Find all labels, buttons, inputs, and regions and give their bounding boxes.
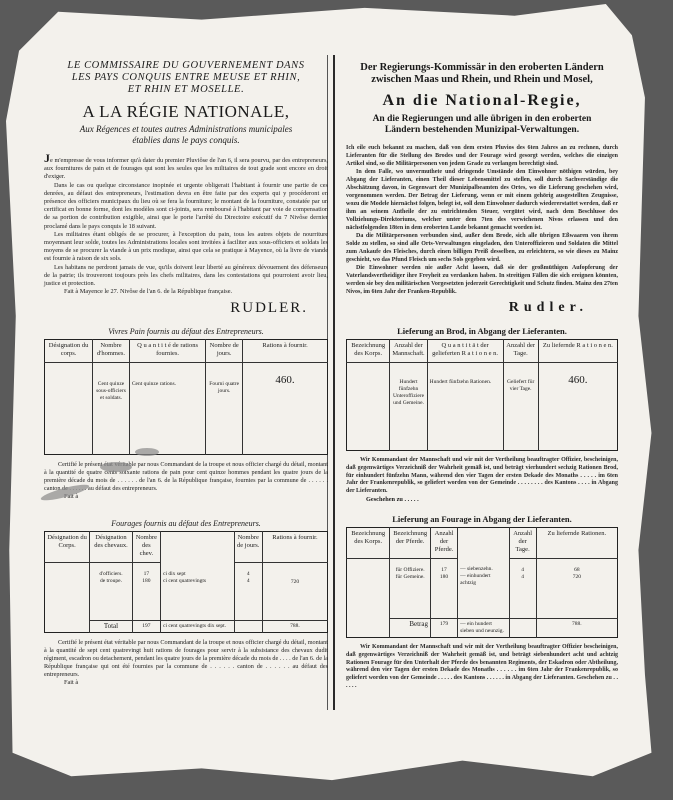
table-cell: 720 — [262, 563, 327, 621]
table-cell: 460. — [243, 363, 328, 455]
german-header: Der Regierungs-Kommissär in den eroberte… — [346, 62, 618, 86]
subtitle-line: Aux Régences et toutes autres Administra… — [44, 124, 328, 135]
table-header: Anzahl der Pferde. — [431, 527, 458, 558]
table-cell — [45, 363, 93, 455]
table-cell: 17 180 — [431, 558, 458, 618]
total-label: Total — [90, 621, 132, 633]
german-paragraph: Ich eile euch bekannt zu machen, daß von… — [346, 144, 618, 168]
table-header: Q u a n t i t ä t der gelieferten R a t … — [427, 340, 503, 363]
french-dateline: Fait à Mayence le 27. Nivôse de l'an 6. … — [44, 288, 328, 296]
table-header: Bezeichnung der Pferde. — [390, 527, 431, 558]
ink-stain — [100, 462, 132, 472]
table-header: Nombre de jours. — [234, 532, 262, 563]
subtitle-line: établies dans le pays conquis. — [44, 135, 328, 146]
table-header: Anzahl der Tage. — [503, 340, 538, 363]
forage-table: Désignation du Corps. Désignation des ch… — [44, 531, 328, 633]
table-header: Nombre des chev. — [132, 532, 160, 563]
bread-fait: Fait à — [44, 493, 328, 501]
table-total-row: Betrag 179 — ein hundert sieben und neun… — [347, 618, 618, 637]
table-header: Désignation du Corps. — [45, 532, 90, 563]
header-line: et Rhin et Moselle. — [44, 84, 328, 96]
german-column: Der Regierungs-Kommissär in den eroberte… — [346, 62, 618, 691]
header-line: zwischen Maas und Rhein, und Rhein und M… — [346, 74, 618, 86]
french-column: Le Commissaire du Gouvernement dans les … — [44, 60, 328, 687]
table-cell: Geliefert für vier Tage. — [503, 363, 538, 451]
table-row: Cent quinze sous-officiers et soldats. C… — [45, 363, 328, 455]
table-cell: 4 4 — [234, 563, 262, 621]
table-header: Désignation du corps. — [45, 340, 93, 363]
table-header: Nombre d'hommes. — [93, 340, 130, 363]
table-header: Rations à fournir. — [262, 532, 327, 563]
ink-stain — [135, 448, 159, 456]
bread-table-caption-de: Lieferung an Brod, in Abgang der Liefera… — [346, 326, 618, 336]
table-cell: 4 4 — [509, 558, 536, 618]
bread-fait-de: Geschehen zu . . . . . — [346, 496, 618, 504]
table-row: Hundert fünfzehn Unteroffiziere und Geme… — [347, 363, 618, 451]
french-header: Le Commissaire du Gouvernement dans les … — [44, 60, 328, 96]
table-cell: Cent quinze sous-officiers et soldats. — [93, 363, 130, 455]
french-paragraph: Les habitans ne perdront jamais de vue, … — [44, 264, 328, 289]
forage-table-de: Bezeichnung des Korps. Bezeichnung der P… — [346, 527, 618, 638]
table-cell: ci dix sept ci cent quatrevingts — [161, 563, 235, 621]
table-header: Nombre de jours. — [206, 340, 243, 363]
table-cell: 460. — [538, 363, 617, 451]
table-header: Bezeichnung des Korps. — [347, 527, 390, 558]
table-header: Zu liefernde Rationen. — [536, 527, 617, 558]
table-row: für Offiziere. für Gemeine. 17 180 — sie… — [347, 558, 618, 618]
table-header: Désignation des chevaux. — [90, 532, 132, 563]
total-rations: 788. — [536, 618, 617, 637]
table-cell: d'officiers. de troupe. — [90, 563, 132, 621]
french-title: A LA RÉGIE NATIONALE, — [44, 102, 328, 122]
total-count: 197 — [132, 621, 160, 633]
table-header: Q u a n t i t é de rations fournies. — [129, 340, 205, 363]
table-cell — [347, 558, 390, 618]
table-header — [458, 527, 509, 558]
forage-certificate: Certifié le présent état véritable par n… — [44, 639, 328, 679]
german-title: An die National-Regie, — [346, 92, 618, 110]
german-signature: Rudler. — [346, 300, 588, 316]
table-header — [161, 532, 235, 563]
table-header: Rations à fournir. — [243, 340, 328, 363]
table-cell — [45, 621, 90, 633]
table-cell: Cent quinze rations. — [129, 363, 205, 455]
total-rations: 788. — [262, 621, 327, 633]
column-divider — [333, 55, 335, 710]
table-cell: 68 720 — [536, 558, 617, 618]
forage-certificate-de: Wir Kommandant der Mannschaft und wir mi… — [346, 644, 618, 691]
german-paragraph: Die Einwohner werden nie außer Acht lass… — [346, 264, 618, 296]
table-cell: — siebenzehn. — einhundert achtzig — [458, 558, 509, 618]
table-header: Anzahl der Tage. — [509, 527, 536, 558]
subtitle-line: Ländern bestehenden Munizipal-Verwaltung… — [346, 125, 618, 136]
table-cell: Hundert fünfzehn Unteroffiziere und Geme… — [390, 363, 427, 451]
header-line: les pays conquis entre Meuse et Rhin, — [44, 72, 328, 84]
bread-table-caption: Vivres Pain fournis au défaut des Entrep… — [44, 327, 328, 336]
total-count: 179 — [431, 618, 458, 637]
table-cell — [234, 621, 262, 633]
table-cell: 17 180 — [132, 563, 160, 621]
table-cell — [347, 363, 390, 451]
table-cell — [347, 618, 390, 637]
french-signature: RUDLER. — [44, 300, 308, 317]
french-paragraph: Les militaires étant obligés de se procu… — [44, 231, 328, 264]
german-paragraph: Da die Militärpersonen verbunden sind, a… — [346, 232, 618, 264]
forage-fait: Fait à — [44, 679, 328, 687]
total-words: — ein hundert sieben und neunzig. — [458, 618, 509, 637]
table-header: Zu liefernde R a t i o n e n. — [538, 340, 617, 363]
forage-table-caption-de: Lieferung an Fourage in Abgang der Liefe… — [346, 514, 618, 524]
german-subtitle: An die Regierungen und alle übrigen in d… — [346, 114, 618, 136]
bread-table-de: Bezeichnung des Korps. Anzahl der Mannsc… — [346, 339, 618, 451]
french-subtitle: Aux Régences et toutes autres Administra… — [44, 124, 328, 146]
bread-table: Désignation du corps. Nombre d'hommes. Q… — [44, 339, 328, 455]
total-label: Betrag — [390, 618, 431, 637]
header-line: Der Regierungs-Kommissär in den eroberte… — [346, 62, 618, 74]
subtitle-line: An die Regierungen und alle übrigen in d… — [346, 114, 618, 125]
forage-table-caption: Fourages fournis au défaut des Entrepren… — [44, 519, 328, 528]
french-paragraph: Je m'empresse de vous informer qu'à date… — [44, 154, 328, 182]
table-cell: für Offiziere. für Gemeine. — [390, 558, 431, 618]
header-line: Le Commissaire du Gouvernement dans — [44, 60, 328, 72]
total-words: ci cent quatrevingts dix sept. — [161, 621, 235, 633]
table-cell: Hundert fünfzehn Rationen. — [427, 363, 503, 451]
german-paragraph: In dem Falle, wo unvermuthete und dringe… — [346, 168, 618, 232]
table-header: Bezeichnung des Korps. — [347, 340, 390, 363]
table-cell: Fourni quatre jours. — [206, 363, 243, 455]
bread-certificate-de: Wir Kommandant der Mannschaft und wir mi… — [346, 457, 618, 496]
table-cell — [509, 618, 536, 637]
table-row: d'officiers. de troupe. 17 180 ci dix se… — [45, 563, 328, 621]
table-total-row: Total 197 ci cent quatrevingts dix sept.… — [45, 621, 328, 633]
french-paragraph: Dans le cas ou quelque circonstance inop… — [44, 182, 328, 231]
table-header: Anzahl der Mannschaft. — [390, 340, 427, 363]
table-cell — [45, 563, 90, 621]
